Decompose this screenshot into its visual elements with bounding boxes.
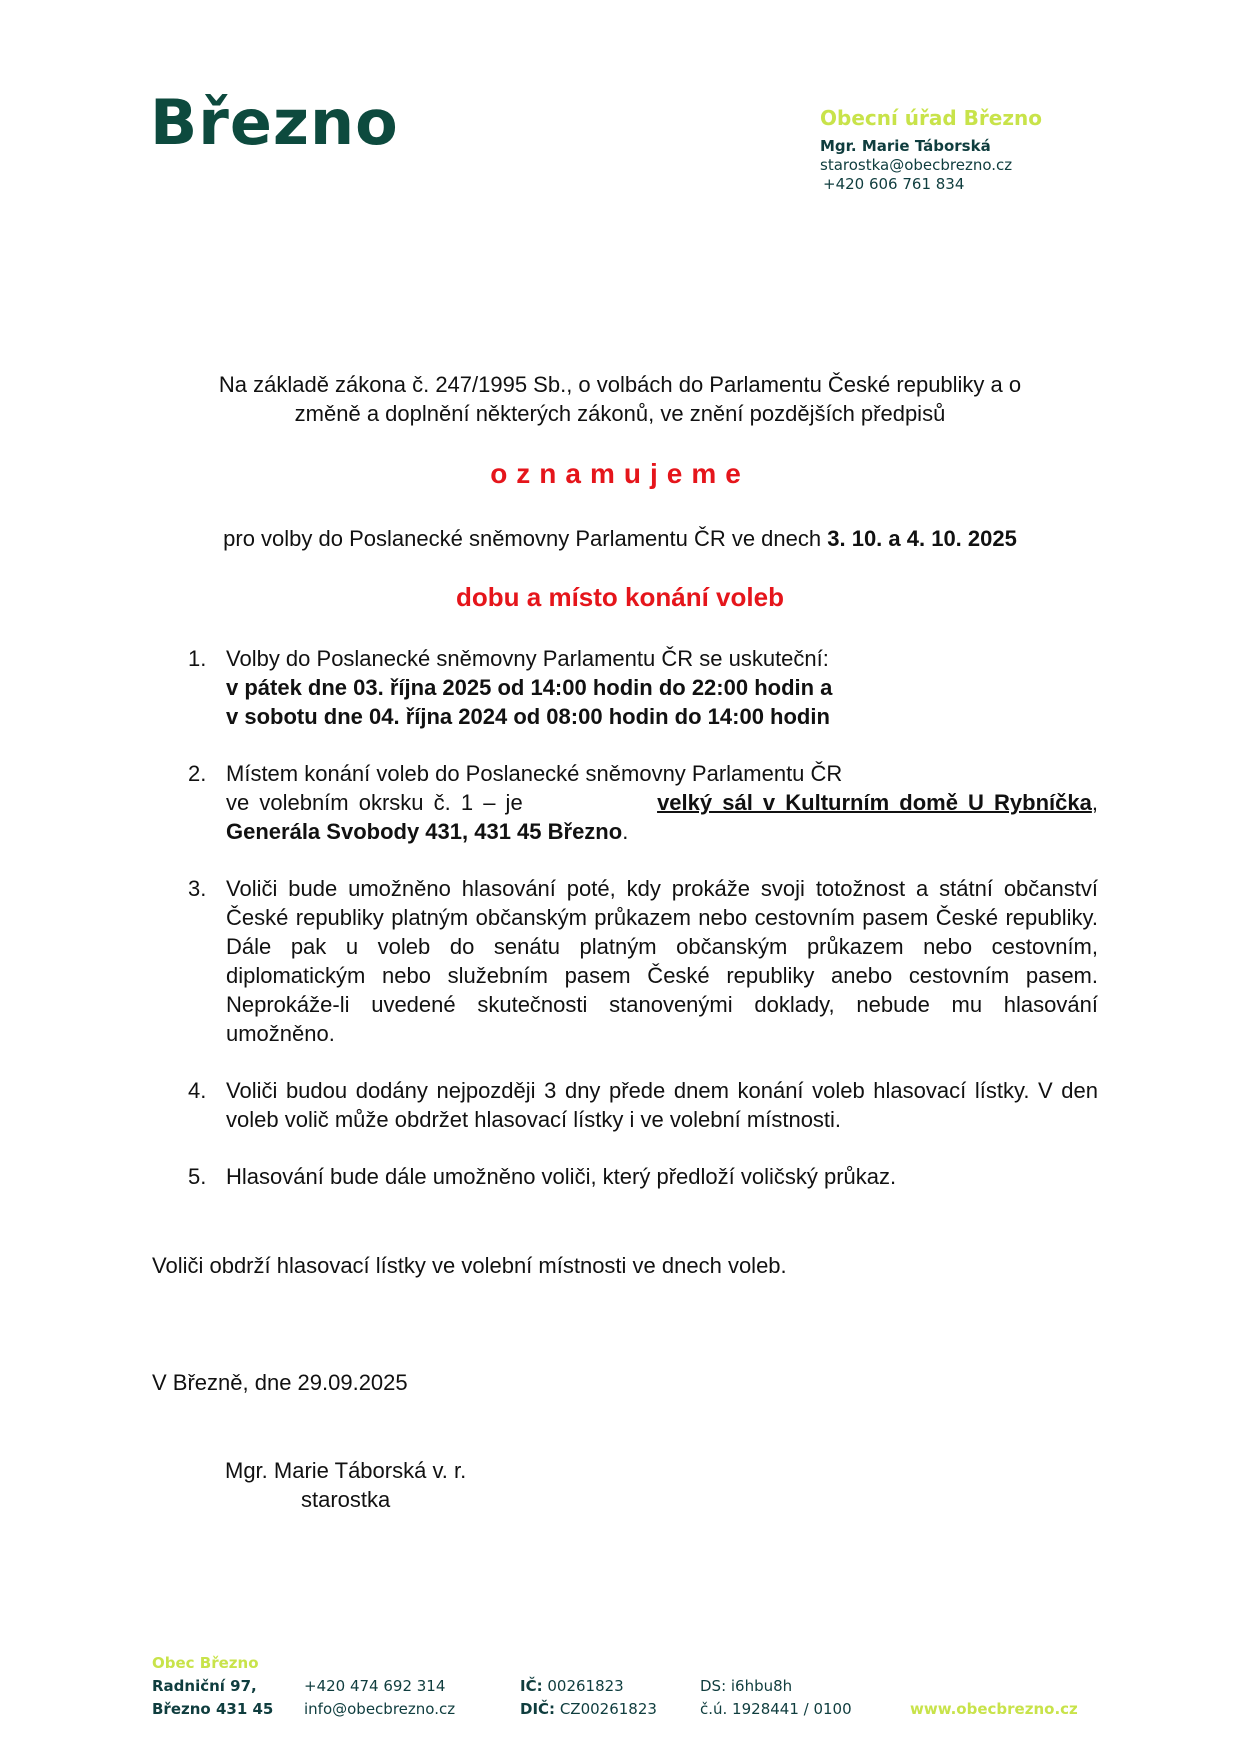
signature-block: Mgr. Marie Táborská v. r. starostka bbox=[225, 1456, 466, 1514]
ballot-note: Voliči obdrží hlasovací lístky ve volebn… bbox=[152, 1253, 787, 1279]
item-text: Voliči bude umožněno hlasování poté, kdy… bbox=[226, 874, 1098, 1048]
mayor-name: Mgr. Marie Táborská bbox=[820, 137, 1042, 156]
footer-address-line-2: Březno 431 45 bbox=[152, 1700, 273, 1718]
header-contact: Obecní úřad Březno Mgr. Marie Táborská s… bbox=[820, 106, 1042, 193]
list-item: 3. Voliči bude umožněno hlasování poté, … bbox=[188, 874, 1098, 1048]
footer-account: č.ú. 1928441 / 0100 bbox=[700, 1700, 852, 1718]
item1-saturday: v sobotu dne 04. října 2024 od 08:00 hod… bbox=[226, 704, 830, 729]
period-dates: 3. 10. a 4. 10. 2025 bbox=[827, 526, 1017, 551]
footer-ids: IČ: 00261823 DIČ: CZ00261823 bbox=[520, 1675, 657, 1721]
list-item: 1. Volby do Poslanecké sněmovny Parlamen… bbox=[188, 644, 1098, 731]
item-text: Volby do Poslanecké sněmovny Parlamentu … bbox=[226, 644, 1098, 731]
announce-heading: oznamujeme bbox=[150, 458, 1090, 490]
item2-prefix: ve volebním okrsku č. 1 – je bbox=[226, 788, 523, 817]
item-number: 4. bbox=[188, 1076, 206, 1105]
issue-date: V Březně, dne 29.09.2025 bbox=[152, 1370, 408, 1396]
footer-dic: CZ00261823 bbox=[555, 1700, 657, 1718]
item2-line2: ve volebním okrsku č. 1 – je velký sál v… bbox=[226, 788, 1098, 817]
item2-line1: Místem konání voleb do Poslanecké sněmov… bbox=[226, 761, 842, 786]
item2-comma: , bbox=[1092, 790, 1098, 815]
item-number: 2. bbox=[188, 759, 206, 788]
provisions-list: 1. Volby do Poslanecké sněmovny Parlamen… bbox=[188, 644, 1098, 1219]
footer-bank: DS: i6hbu8h č.ú. 1928441 / 0100 bbox=[700, 1675, 852, 1721]
footer-phone: +420 474 692 314 bbox=[304, 1677, 445, 1695]
item-number: 1. bbox=[188, 644, 206, 673]
subheading: dobu a místo konání voleb bbox=[150, 582, 1090, 613]
signature-name: Mgr. Marie Táborská v. r. bbox=[225, 1456, 466, 1485]
footer-ic: 00261823 bbox=[543, 1677, 624, 1695]
item1-friday: v pátek dne 03. října 2025 od 14:00 hodi… bbox=[226, 675, 832, 700]
brezno-logo: Březno bbox=[150, 92, 399, 154]
footer-email[interactable]: info@obecbrezno.cz bbox=[304, 1700, 455, 1718]
polling-place: velký sál v Kulturním domě U Rybníčka bbox=[657, 790, 1092, 815]
list-item: 2. Místem konání voleb do Poslanecké sně… bbox=[188, 759, 1098, 846]
footer-contact: +420 474 692 314 info@obecbrezno.cz bbox=[304, 1675, 455, 1721]
period-text: pro volby do Poslanecké sněmovny Parlame… bbox=[223, 526, 827, 551]
list-item: 4. Voliči budou dodány nejpozději 3 dny … bbox=[188, 1076, 1098, 1134]
footer-ic-label: IČ: bbox=[520, 1677, 543, 1695]
legal-intro: Na základě zákona č. 247/1995 Sb., o vol… bbox=[150, 370, 1090, 428]
item2-period: . bbox=[622, 819, 628, 844]
office-name: Obecní úřad Březno bbox=[820, 106, 1042, 131]
footer-dic-label: DIČ: bbox=[520, 1700, 555, 1718]
footer-ds: DS: i6hbu8h bbox=[700, 1677, 792, 1695]
mayor-email[interactable]: starostka@obecbrezno.cz bbox=[820, 156, 1042, 175]
item-text: Voliči budou dodány nejpozději 3 dny pře… bbox=[226, 1076, 1098, 1134]
election-period: pro volby do Poslanecké sněmovny Parlame… bbox=[150, 526, 1090, 552]
intro-line-1: Na základě zákona č. 247/1995 Sb., o vol… bbox=[150, 370, 1090, 399]
mayor-phone: +420 606 761 834 bbox=[820, 175, 1042, 194]
footer-address: Radniční 97, Březno 431 45 bbox=[152, 1675, 273, 1721]
item1-line1: Volby do Poslanecké sněmovny Parlamentu … bbox=[226, 646, 829, 671]
item-text: Hlasování bude dále umožněno voliči, kte… bbox=[226, 1162, 1098, 1191]
item-text: Místem konání voleb do Poslanecké sněmov… bbox=[226, 759, 1098, 846]
footer-website[interactable]: www.obecbrezno.cz bbox=[910, 1698, 1078, 1721]
footer: Obec Březno Radniční 97, Březno 431 45 +… bbox=[152, 1652, 1112, 1732]
intro-line-2: změně a doplnění některých zákonů, ve zn… bbox=[150, 399, 1090, 428]
signature-role: starostka bbox=[225, 1485, 466, 1514]
footer-brand: Obec Březno bbox=[152, 1652, 259, 1675]
item-number: 3. bbox=[188, 874, 206, 903]
footer-address-line-1: Radniční 97, bbox=[152, 1677, 257, 1695]
item-number: 5. bbox=[188, 1162, 206, 1191]
polling-address: Generála Svobody 431, 431 45 Březno bbox=[226, 819, 622, 844]
list-item: 5. Hlasování bude dále umožněno voliči, … bbox=[188, 1162, 1098, 1191]
